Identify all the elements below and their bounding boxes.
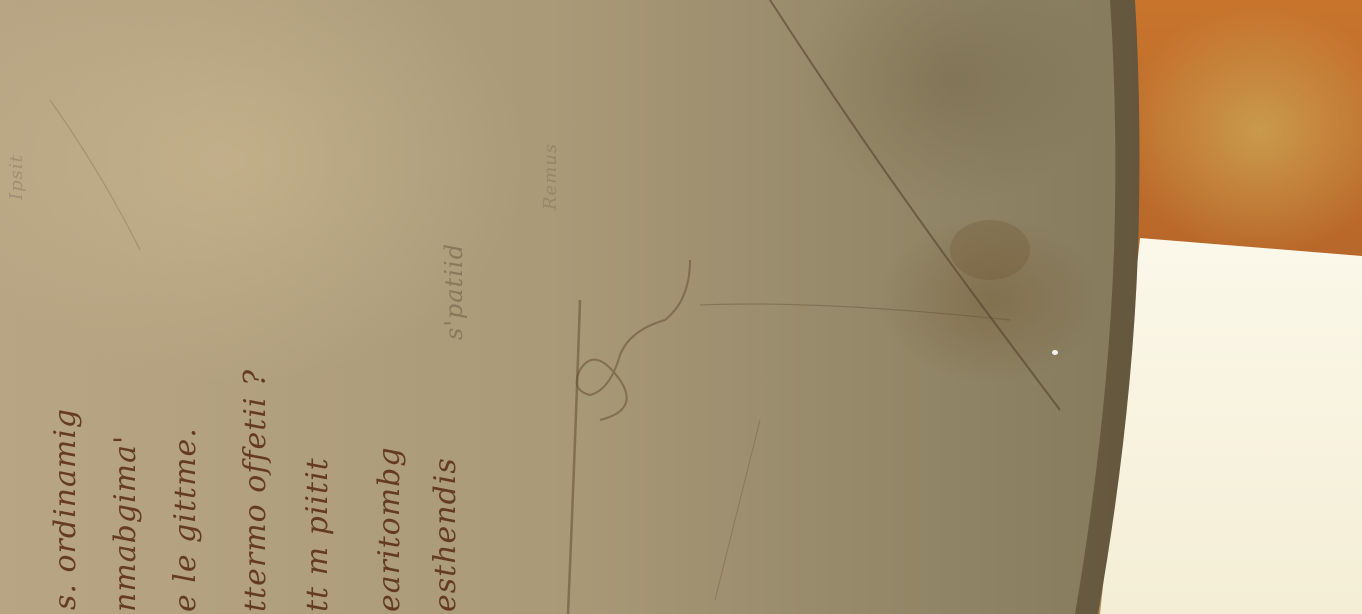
parchment-marks bbox=[0, 0, 1362, 614]
light-speck bbox=[1052, 350, 1058, 355]
marginal-note: s'patiid bbox=[440, 243, 468, 340]
manuscript-line-5: tt m piitit bbox=[300, 457, 335, 612]
manuscript-line-6: earitombg bbox=[372, 446, 407, 612]
manuscript-line-7: esthendis bbox=[428, 457, 463, 612]
manuscript-line-2: nmabgima' bbox=[108, 435, 143, 612]
faint-note: Remus bbox=[540, 143, 561, 210]
manuscript-line-3: e le gittme. bbox=[168, 427, 203, 612]
faint-corner-note: Ipsit bbox=[6, 154, 27, 200]
manuscript-line-4: ttermo offetii ? bbox=[238, 369, 273, 612]
manuscript-line-1: s. ordinamig bbox=[48, 408, 83, 610]
manuscript-photo: s. ordinamig nmabgima' e le gittme. tter… bbox=[0, 0, 1362, 614]
